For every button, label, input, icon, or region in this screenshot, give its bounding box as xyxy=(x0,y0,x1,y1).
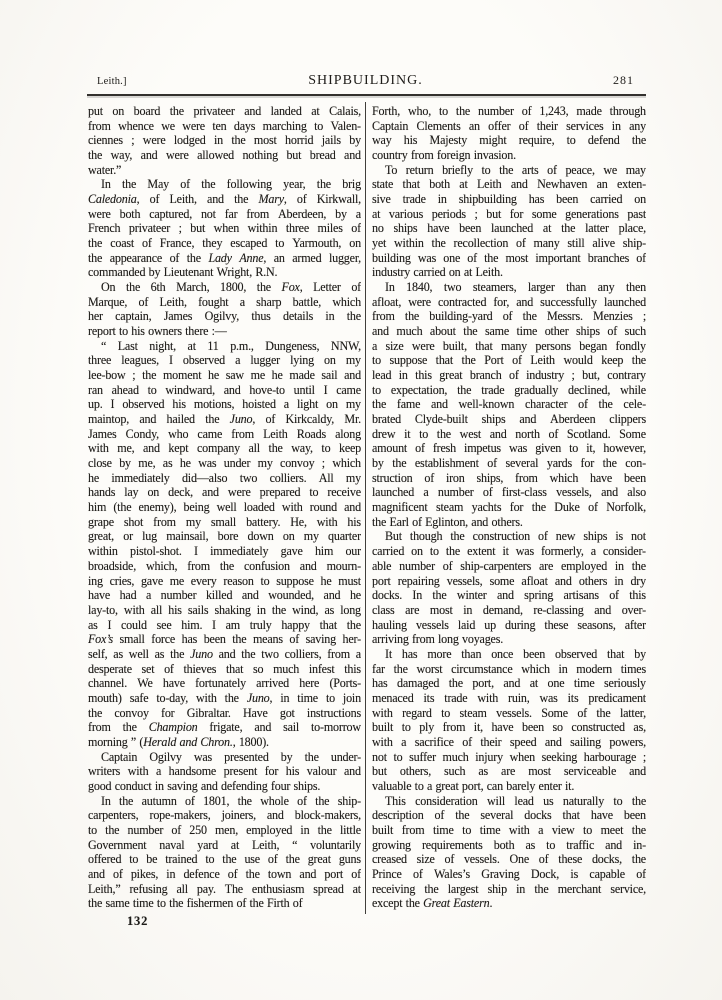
text-line: withasacrificeoftheirspeedandsailingpowe… xyxy=(372,735,646,750)
page-header: Leith.] SHIPBUILDING. 281 xyxy=(88,73,646,89)
text-line: morning”(HeraldandChron.,1800). xyxy=(88,735,361,750)
text-line: putonboardtheprivateerandlandedatCalais, xyxy=(88,104,361,119)
text-line: bratedClyde-builtshipsandAberdeenclipper… xyxy=(372,412,646,427)
paragraph: In1840,twosteamers,largerthananythenaflo… xyxy=(372,280,646,529)
text-line: mouth)safeto-day,withtheJuno,intimetojoi… xyxy=(88,691,361,706)
text-line: thefameandwell-knowncharacterofthecele- xyxy=(372,397,646,412)
text-line: withregardtosteamvessels.Someofthelatter… xyxy=(372,706,646,721)
text-line: JamesCondy,whocamefromLeithRoadsalong xyxy=(88,427,361,442)
text-line: ablenumberofship-carpentersareemployedin… xyxy=(372,559,646,574)
text-line: countryfromforeigninvasion. xyxy=(372,148,646,163)
text-line: grapeshotfrommysmallbattery.He,withhis xyxy=(88,515,361,530)
text-line: leadinthisgreatbranchofindustry;but,cont… xyxy=(372,368,646,383)
text-line: ingcries,gavemeeveryreasontosupposehemus… xyxy=(88,574,361,589)
text-line: “Lastnight,at11p.m.,Dungeness,NNW, xyxy=(88,339,361,354)
text-line: descriptionoftheseveraldocksthathavebeen xyxy=(372,808,646,823)
text-column-right: Forth,who,tothenumberof1,243,madethrough… xyxy=(372,104,646,911)
text-line: asIcouldseehim.Iamtrulyhappythatthe xyxy=(88,618,361,633)
text-line: sivetradeinshipbuildinghasbeencarriedon xyxy=(372,192,646,207)
text-line: writerswithahandsomepresentforhisvaloura… xyxy=(88,764,361,779)
text-line: nottosuffermuchinjurywhenseekingharboura… xyxy=(372,750,646,765)
text-line: lee-bow;themomenthesawmehemadesailand xyxy=(88,368,361,383)
text-line: yetwithintherecollectionofmanystillalive… xyxy=(372,236,646,251)
text-line: him(theenemy),beingwellloadedwithroundan… xyxy=(88,500,361,515)
paragraph: Intheautumnof1801,thewholeoftheship-carp… xyxy=(88,794,361,911)
signature-number: 132 xyxy=(127,914,148,929)
text-line: Marque,ofLeith,foughtasharpbattle,which xyxy=(88,295,361,310)
text-column-left: putonboardtheprivateerandlandedatCalais,… xyxy=(88,104,361,911)
text-line: Caledonia,ofLeith,andtheMary,ofKirkwall, xyxy=(88,192,361,207)
text-line: asizewerebuilt,thatmanypersonsbeganfondl… xyxy=(372,339,646,354)
text-line: hasdamagedtheport,andatonetimeseriously xyxy=(372,676,646,691)
text-line: CaptainOgilvywaspresentedbytheunder- xyxy=(88,750,361,765)
text-line: withinpistol-shot.Iimmediatelygavehimour xyxy=(88,544,361,559)
paragraph: putonboardtheprivateerandlandedatCalais,… xyxy=(88,104,361,177)
text-line: GovernmentnavalyardatLeith,“voluntarily xyxy=(88,838,361,853)
text-line: builtfromtimetotimewithaviewtomeetthe xyxy=(372,823,646,838)
text-line: IntheMayofthefollowingyear,thebrig xyxy=(88,177,361,192)
text-line: handslayondeck,andwerepreparedtoreceive xyxy=(88,485,361,500)
text-line: withme,andkeptcompanyalltheway,tokeep xyxy=(88,441,361,456)
column-divider xyxy=(365,102,366,914)
text-line: launchedanumberoffirst-classvessels,anda… xyxy=(372,485,646,500)
text-line: Frenchprivateer;butwhenwithinthreemileso… xyxy=(88,221,361,236)
text-line: Fox’ssmallforcehasbeenthemeansofsavinghe… xyxy=(88,632,361,647)
text-line: channel.Wehavefortunatelyarrivedhere(Por… xyxy=(88,676,361,691)
text-line: havehadanumberkilledandwounded,andhe xyxy=(88,588,361,603)
text-line: wayhisMajestymightrequire,todefendthe xyxy=(372,133,646,148)
text-line: In1840,twosteamers,largerthananythen xyxy=(372,280,646,295)
text-line: classaremostindemand,re-classingandover- xyxy=(372,603,646,618)
text-line: Thisconsiderationwillleadusnaturallytoth… xyxy=(372,794,646,809)
text-line: Intheautumnof1801,thewholeoftheship- xyxy=(88,794,361,809)
text-line: portrepairingvessels,someafloatandothers… xyxy=(372,574,646,589)
header-rule xyxy=(87,94,646,96)
text-line: afloat,werecontractedfor,andsuccessfully… xyxy=(372,295,646,310)
text-line: thecoastofFrance,theyescapedtoYarmouth,o… xyxy=(88,236,361,251)
text-line: magnificentsteamyachtsfortheDukeofNorfol… xyxy=(372,500,646,515)
text-line: self,aswellastheJunoandthetwocolliers,fr… xyxy=(88,647,361,662)
text-line: fromtheChampionfrigate,andsailto-morrow xyxy=(88,720,361,735)
text-line: fartheworstcircumstancewhichinmoderntime… xyxy=(372,662,646,677)
text-line: Butthoughtheconstructionofnewshipsisnot xyxy=(372,529,646,544)
paragraph: IntheMayofthefollowingyear,thebrigCaledo… xyxy=(88,177,361,280)
text-line: maintop,andhailedtheJuno,ofKirkcaldy,Mr. xyxy=(88,412,361,427)
text-line: statethatbothatLeithandNewhavenanexten- xyxy=(372,177,646,192)
text-line: docks.Inthewinterandspringartisansofthis xyxy=(372,588,646,603)
text-line: theEarlofEglinton,andothers. xyxy=(372,515,646,530)
paragraph: Butthoughtheconstructionofnewshipsisnotc… xyxy=(372,529,646,646)
text-line: desperatesetofthievesthatsomuchinfestthi… xyxy=(88,662,361,677)
text-line: water.” xyxy=(88,163,361,178)
text-line: closebyme,ashewasundermyconvoy;which xyxy=(88,456,361,471)
text-line: threeleagues,Iobservedaluggerlyingonmy xyxy=(88,353,361,368)
text-line: CaptainClementsanofferoftheirservicesina… xyxy=(372,119,646,134)
paragraph: Ithasmorethanoncebeenobservedthatbyfarth… xyxy=(372,647,646,794)
paragraph: CaptainOgilvywaspresentedbytheunder-writ… xyxy=(88,750,361,794)
text-line: atvariousperiods;butforsomegenerationspa… xyxy=(372,207,646,222)
text-line: goodconductinsavinganddefendingfourships… xyxy=(88,779,361,794)
text-line: ciennes;werelodgedinthemosthorridjailsby xyxy=(88,133,361,148)
text-line: Leith,”refusingallpay.Theenthusiasmsprea… xyxy=(88,882,361,897)
text-line: menaceditstradewithruin,wasitspredicamen… xyxy=(372,691,646,706)
text-line: carriedontotheextentitwasformerly,aconsi… xyxy=(372,544,646,559)
text-line: hercaptain,JamesOgilvy,thusdetailsinthe xyxy=(88,309,361,324)
text-line: builttoplyfromit,havebeensoconstructedas… xyxy=(372,720,646,735)
paragraph: Thisconsiderationwillleadusnaturallytoth… xyxy=(372,794,646,911)
text-line: toexpectation,thetradegraduallydeclined,… xyxy=(372,383,646,398)
text-line: arrivingfromlongvoyages. xyxy=(372,632,646,647)
scanned-book-page: Leith.] SHIPBUILDING. 281 putonboardthep… xyxy=(0,0,722,1000)
paragraph: “Lastnight,at11p.m.,Dungeness,NNW,threel… xyxy=(88,339,361,750)
text-line: broadside,which,fromtheconfusionandmourn… xyxy=(88,559,361,574)
text-line: fromthebuilding-yardoftheMessrs.Menzies; xyxy=(372,309,646,324)
text-line: PrinceofWales’sGravingDock,iscapableof xyxy=(372,867,646,882)
text-line: lay-to,withallhissailsshakinginthewind,a… xyxy=(88,603,361,618)
page-number: 281 xyxy=(504,73,646,88)
text-line: offeredtobetrainedtotheuseofthegreatguns xyxy=(88,852,361,867)
text-line: theconvoyforGibraltar.Havegotinstruction… xyxy=(88,706,361,721)
paragraph: Onthe6thMarch,1800,theFox,LetterofMarque… xyxy=(88,280,361,339)
text-line: andofpikes,indefenceofthetownandportof xyxy=(88,867,361,882)
text-line: receivingthelargestshipinthemerchantserv… xyxy=(372,882,646,897)
text-line: creasedsizeofvessels.Oneofthesedocks,the xyxy=(372,852,646,867)
paragraph: Toreturnbrieflytotheartsofpeace,wemaysta… xyxy=(372,163,646,280)
text-line: industrycarriedonatLeith. xyxy=(372,265,646,280)
text-line: great,orlugmainsail,boredownonmyquarter xyxy=(88,529,361,544)
text-line: Toreturnbrieflytotheartsofpeace,wemay xyxy=(372,163,646,178)
text-line: thesametimetothefishermenoftheFirthof xyxy=(88,896,361,911)
text-line: Ithasmorethanoncebeenobservedthatby xyxy=(372,647,646,662)
text-line: buildingwasoneofthemostimportantbranches… xyxy=(372,251,646,266)
text-line: theway,andwereallowednothingbutbreadand xyxy=(88,148,361,163)
text-line: theappearanceoftheLadyAnne,anarmedlugger… xyxy=(88,251,361,266)
text-line: drewittothewestandnorthofScotland.Some xyxy=(372,427,646,442)
text-line: amountoffreshimpetuswasgiventoit,however… xyxy=(372,441,646,456)
text-line: commandedbyLieutenantWright,R.N. xyxy=(88,265,361,280)
text-line: Forth,who,tothenumberof1,243,madethrough xyxy=(372,104,646,119)
paragraph: Forth,who,tothenumberof1,243,madethrough… xyxy=(372,104,646,163)
text-line: haulingvesselslaidupduringtheseseasons,a… xyxy=(372,618,646,633)
text-line: werebothcaptured,notfarfromAberdeen,bya xyxy=(88,207,361,222)
text-line: tothenumberof250men,employedinthelittle xyxy=(88,823,361,838)
page-title: SHIPBUILDING. xyxy=(227,73,504,89)
text-line: reporttohisownersthere:— xyxy=(88,324,361,339)
text-line: Onthe6thMarch,1800,theFox,Letterof xyxy=(88,280,361,295)
text-line: ranaheadtowindward,andhove-tountilIcame xyxy=(88,383,361,398)
text-line: valuabletoagreatport,canbarelyenterit. xyxy=(372,779,646,794)
text-line: heimmediatelydid—alsotwocolliers.Allmy xyxy=(88,471,361,486)
text-line: noshipshavebeenlaunchedatthelatterplace, xyxy=(372,221,646,236)
text-line: fromwhenceweweretendaysmarchingtoValen- xyxy=(88,119,361,134)
text-line: structionofironships,fromwhichhavebeen xyxy=(372,471,646,486)
text-line: bytheestablishmentofseveralyardsfortheco… xyxy=(372,456,646,471)
text-line: excepttheGreatEastern. xyxy=(372,896,646,911)
text-line: butothers,suchasaremostserviceableand xyxy=(372,764,646,779)
text-line: up.Iobservedhismotions,hoistedalightonmy xyxy=(88,397,361,412)
running-title-left: Leith.] xyxy=(88,76,227,87)
text-line: growingrequirementsbothastotrafficandin- xyxy=(372,838,646,853)
text-line: andmuchaboutthesametimeothershipsofsuch xyxy=(372,324,646,339)
text-line: carpenters,rope-makers,joiners,andblock-… xyxy=(88,808,361,823)
text-line: tosupposethatthePortofLeithwouldkeepthe xyxy=(372,353,646,368)
